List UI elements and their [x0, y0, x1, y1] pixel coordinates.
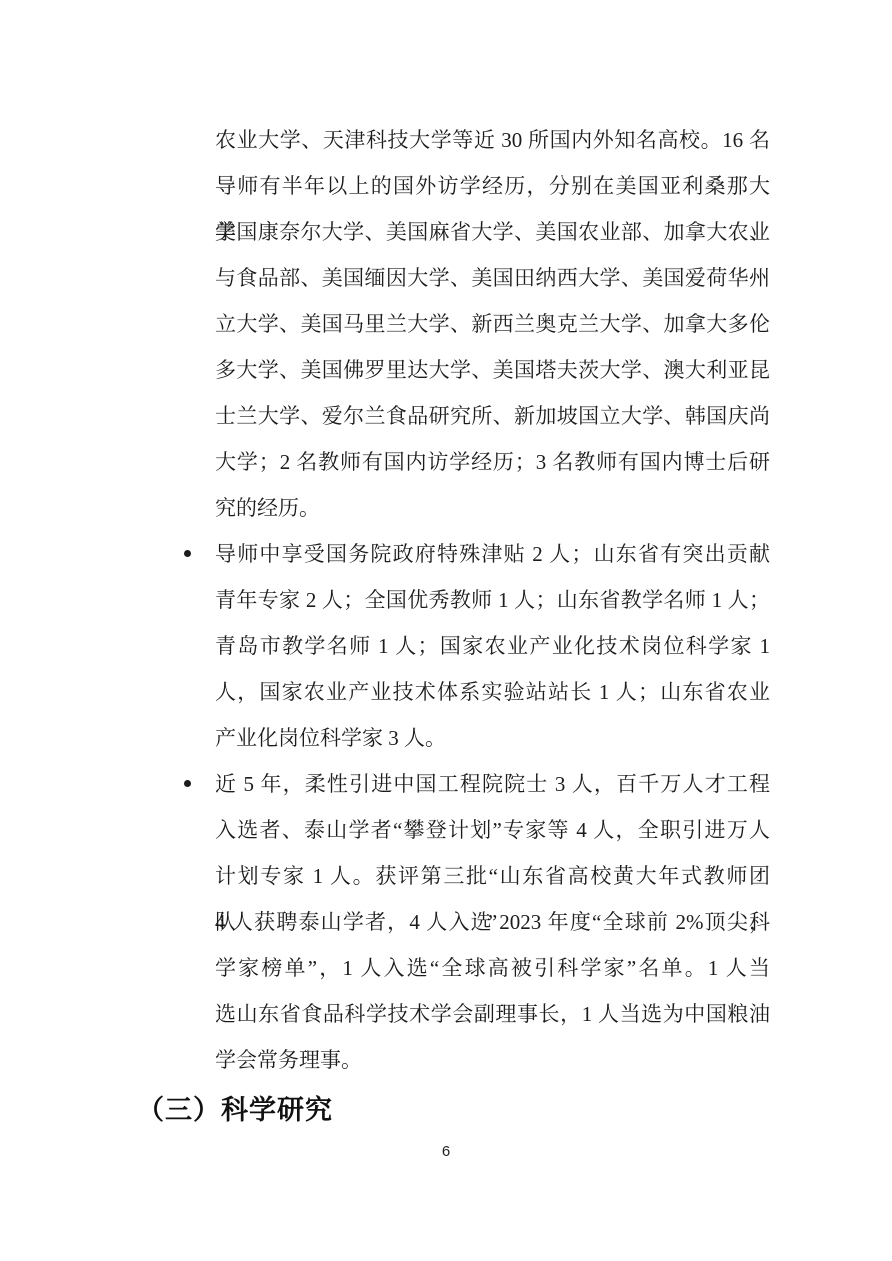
document-page: 农业大学、天津科技大学等近 30 所国内外知名高校。16 名 导师有半年以上的国… — [0, 0, 892, 1261]
body-line: 士兰大学、爱尔兰食品研究所、新加坡国立大学、韩国庆尚 — [215, 393, 770, 439]
body-line: 学会常务理事。 — [215, 1037, 770, 1083]
body-line: 多大学、美国佛罗里达大学、美国塔夫茨大学、澳大利亚昆 — [215, 347, 770, 393]
bullet-icon — [184, 780, 191, 787]
section-heading: （三）科学研究 — [137, 1087, 770, 1133]
body-line: 学家榜单”，1 人入选“全球高被引科学家”名单。1 人当 — [215, 945, 770, 991]
body-line: 导师有半年以上的国外访学经历，分别在美国亚利桑那大学、 — [215, 163, 770, 209]
bullet-line-text: 近 5 年，柔性引进中国工程院院士 3 人，百千万人才工程 — [215, 772, 770, 796]
body-line: 人，国家农业产业技术体系实验站站长 1 人；山东省农业 — [215, 669, 770, 715]
body-line: 究的经历。 — [215, 485, 770, 531]
body-line: 大学；2 名教师有国内访学经历；3 名教师有国内博士后研 — [215, 439, 770, 485]
body-line: 4 人获聘泰山学者，4 人入选 2023 年度“全球前 2%顶尖科 — [215, 899, 770, 945]
body-line: 计划专家 1 人。获评第三批“山东省高校黄大年式教师团队”， — [215, 853, 770, 899]
body-line: 入选者、泰山学者“攀登计划”专家等 4 人，全职引进万人 — [215, 807, 770, 853]
body-line: 青年专家 2 人；全国优秀教师 1 人；山东省教学名师 1 人； — [215, 577, 770, 623]
body-line: 选山东省食品科学技术学会副理事长，1 人当选为中国粮油 — [215, 991, 770, 1037]
bullet-line-text: 导师中享受国务院政府特殊津贴 2 人；山东省有突出贡献 — [215, 542, 770, 566]
page-number: 6 — [0, 1143, 892, 1160]
body-line: 与食品部、美国缅因大学、美国田纳西大学、美国爱荷华州 — [215, 255, 770, 301]
body-line: 青岛市教学名师 1 人；国家农业产业化技术岗位科学家 1 — [215, 623, 770, 669]
body-line: 产业化岗位科学家 3 人。 — [215, 715, 770, 761]
bullet-item-first-line: 近 5 年，柔性引进中国工程院院士 3 人，百千万人才工程 — [215, 761, 770, 807]
body-text-block: 农业大学、天津科技大学等近 30 所国内外知名高校。16 名 导师有半年以上的国… — [215, 117, 770, 1083]
bullet-item-first-line: 导师中享受国务院政府特殊津贴 2 人；山东省有突出贡献 — [215, 531, 770, 577]
bullet-icon — [184, 550, 191, 557]
body-line: 农业大学、天津科技大学等近 30 所国内外知名高校。16 名 — [215, 117, 770, 163]
body-line: 立大学、美国马里兰大学、新西兰奥克兰大学、加拿大多伦 — [215, 301, 770, 347]
body-line: 美国康奈尔大学、美国麻省大学、美国农业部、加拿大农业 — [215, 209, 770, 255]
